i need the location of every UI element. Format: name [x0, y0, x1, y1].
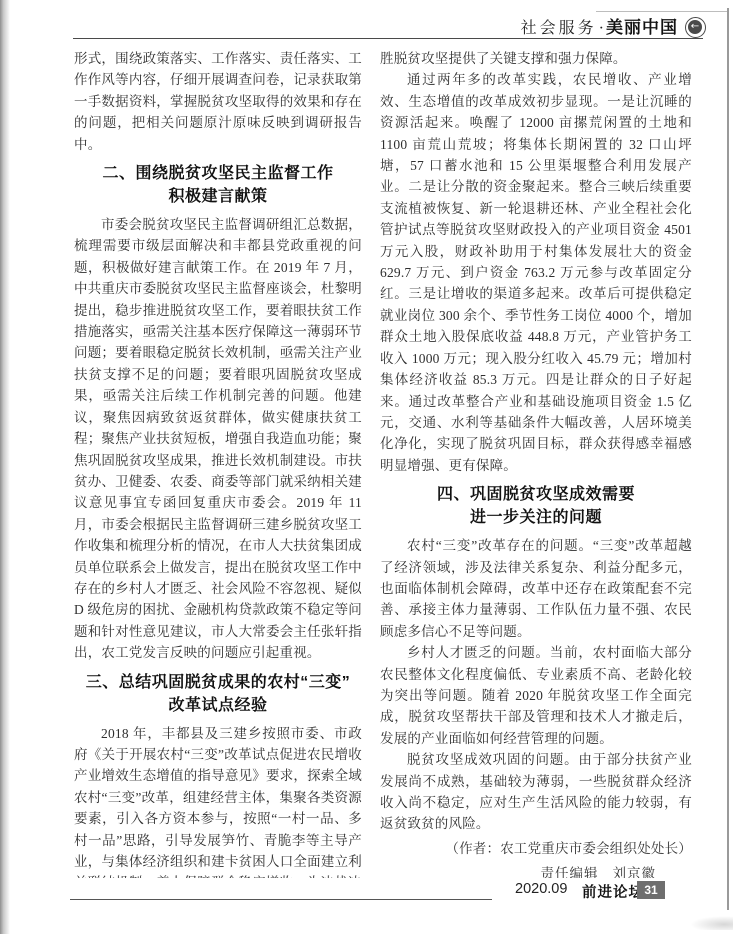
body-paragraph: 乡村人才匮乏的问题。当前，农村面临大部分农民整体文化程度偏低、专业素质不高、老龄… — [380, 642, 692, 749]
body-paragraph: 市委会脱贫攻坚民主监督调研组汇总数据，梳理需要市级层面解决和丰都县党政重视的问题… — [74, 214, 362, 664]
scan-edge-right — [727, 8, 729, 910]
footer-journal-title: 前进论坛 — [582, 881, 644, 902]
editor-note: 责任编辑刘京徽 — [380, 864, 692, 878]
right-column: 胜脱贫攻坚提供了关键支撑和强力保障。 通过两年多的改革实践，农民增收、产业增效、… — [380, 48, 692, 878]
section-heading-3: 三、总结巩固脱贫成果的农村“三变” 改革试点经验 — [74, 671, 362, 717]
scan-corner-shadow — [690, 916, 733, 930]
back-arrow-glyph: ← — [688, 20, 702, 34]
heading-line: 三、总结巩固脱贫成果的农村“三变” — [86, 674, 351, 691]
heading-line: 改革试点经验 — [168, 697, 267, 714]
header-separator: · — [599, 20, 604, 37]
heading-line: 四、巩固脱贫攻坚成效需要 — [437, 486, 635, 503]
back-arrow-badge-icon: ← — [685, 17, 706, 38]
editor-name: 刘京徽 — [613, 866, 657, 878]
page-number-badge: 31 — [637, 881, 665, 899]
section-heading-2: 二、围绕脱贫攻坚民主监督工作 积极建言献策 — [74, 162, 362, 208]
editor-label: 责任编辑 — [541, 866, 599, 878]
section-heading-4: 四、巩固脱贫攻坚成效需要 进一步关注的问题 — [380, 483, 692, 529]
author-note: （作者：农工党重庆市委会组织处处长） — [380, 839, 692, 860]
header-rule — [73, 38, 703, 39]
body-paragraph: 农村“三变”改革存在的问题。“三变”改革超越了经济领域，涉及法律关系复杂、利益分… — [380, 535, 692, 642]
body-paragraph: 脱贫攻坚成效巩固的问题。由于部分扶贫产业发展尚不成熟，基础较为薄弱，一些脱贫群众… — [380, 749, 692, 835]
footer-rule — [70, 899, 492, 900]
body-paragraph: 通过两年多的改革实践，农民增收、产业增效、生态增值的改革成效初步显现。一是让沉睡… — [380, 69, 692, 476]
left-column: 形式，围绕政策落实、工作落实、责任落实、工作作风等内容，仔细开展调查问卷，记录获… — [74, 48, 362, 878]
magazine-page: 社会服务·美丽中国← 形式，围绕政策落实、工作落实、责任落实、工作作风等内容，仔… — [0, 0, 733, 934]
heading-line: 二、围绕脱贫攻坚民主监督工作 — [102, 165, 333, 182]
scan-edge-top — [596, 11, 727, 12]
page-header: 社会服务·美丽中国← — [0, 13, 706, 38]
header-program-label: 美丽中国 — [606, 18, 678, 37]
scan-edge-left — [0, 0, 10, 934]
footer-issue: 2020.09 — [515, 881, 567, 897]
heading-line: 进一步关注的问题 — [470, 509, 602, 526]
body-paragraph: 形式，围绕政策落实、工作落实、责任落实、工作作风等内容，仔细开展调查问卷，记录获… — [74, 48, 362, 155]
body-paragraph: 胜脱贫攻坚提供了关键支撑和强力保障。 — [380, 48, 692, 69]
body-paragraph: 2018 年，丰都县及三建乡按照市委、市政府《关于开展农村“三变”改革试点促进农… — [74, 723, 362, 878]
heading-line: 积极建言献策 — [168, 188, 267, 205]
header-section-label: 社会服务 — [521, 20, 597, 37]
